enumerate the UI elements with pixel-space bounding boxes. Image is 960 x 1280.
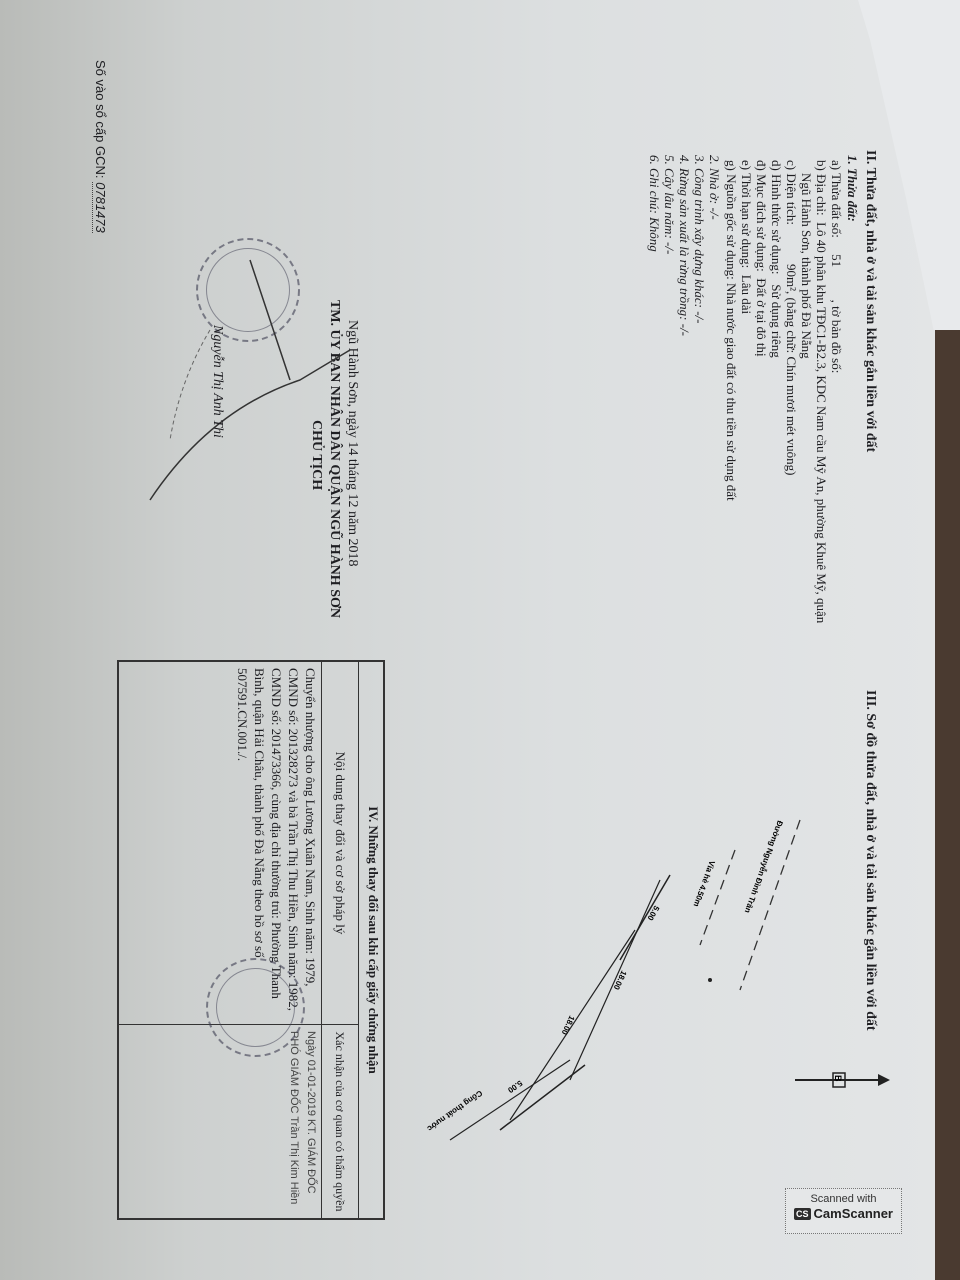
signer-name: Nguyễn Thị Anh Thi xyxy=(209,325,225,438)
land-line: b) Địa chỉ: Lô 40 phân khu TĐC1-B2.3, KD… xyxy=(814,160,829,623)
north-arrow-icon: B xyxy=(790,1060,890,1100)
land-line: a) Thửa đất số: 51 , tờ bản đồ số: xyxy=(829,160,844,623)
land-line: e) Thời hạn sử dụng: Lâu dài xyxy=(739,160,754,623)
side-a-dimension: 18.00 xyxy=(611,969,628,991)
section4-title: IV. Những thay đổi sau khi cấp giấy chứn… xyxy=(359,661,385,1219)
register-label: Số vào sổ cấp GCN: xyxy=(93,60,108,182)
col-confirm-header: Xác nhận của cơ quan có thẩm quyền xyxy=(322,1025,359,1220)
watermark-brand: CamScanner xyxy=(814,1206,893,1221)
camscanner-logo-icon: CS xyxy=(794,1208,811,1220)
section2-subtitle: 1. Thửa đất: xyxy=(845,155,860,222)
side-b-dimension: 18.00 xyxy=(559,1014,576,1036)
asset-line: 3. Công trình xây dựng khác: -/- xyxy=(692,155,707,336)
land-line: d) Hình thức sử dụng: Sử dụng riêng xyxy=(769,160,784,623)
register-value: 0781473 xyxy=(92,182,108,233)
sidewalk-label: Vỉa hè 4.50m xyxy=(692,859,717,908)
drain-label: Cống thoát nước xyxy=(425,1088,484,1133)
confirmation-stamp xyxy=(206,958,305,1057)
land-details: a) Thửa đất số: 51 , tờ bản đồ số: b) Đị… xyxy=(724,160,844,623)
section2-title: II. Thửa đất, nhà ở và tài sản khác gắn … xyxy=(862,150,878,452)
other-assets: 2. Nhà ở: -/- 3. Công trình xây dựng khá… xyxy=(647,155,722,336)
land-line: Ngũ Hành Sơn, thành phố Đà Nẵng xyxy=(799,160,814,623)
asset-line: 6. Ghi chú: Không xyxy=(647,155,662,336)
col-content-header: Nội dung thay đổi và cơ sở pháp lý xyxy=(322,661,359,1025)
changes-table: IV. Những thay đổi sau khi cấp giấy chứn… xyxy=(117,660,385,1220)
land-line: g) Nguồn gốc sử dụng: Nhà nước giao đất … xyxy=(724,160,739,623)
watermark-line1: Scanned with xyxy=(786,1193,901,1205)
asset-line: 4. Rừng sản xuất là rừng trồng: -/- xyxy=(677,155,692,336)
signature-scribble xyxy=(140,240,360,540)
parcel-diagram: Đường Nguyễn Đình Trân Vỉa hè 4.50m 5.00… xyxy=(410,680,860,1200)
change-content: Chuyển nhượng cho ông Lương Xuân Nam, Si… xyxy=(118,661,322,1025)
change-confirmation: Ngày 01-01-2019 KT. GIÁM ĐỐC PHÓ GIÁM ĐỐ… xyxy=(118,1025,322,1220)
section3-title: III. Sơ đồ thửa đất, nhà ở và tài sản kh… xyxy=(862,690,878,1031)
land-line: c) Diện tích: 90m², (bằng chữ: Chín mươi… xyxy=(784,160,799,623)
register-number: Số vào sổ cấp GCN: 0781473 xyxy=(93,60,108,233)
road-label: Đường Nguyễn Đình Trân xyxy=(743,819,785,914)
asset-line: 5. Cây lâu năm: -/- xyxy=(662,155,677,336)
land-line: đ) Mục đích sử dụng: Đất ở tại đô thị xyxy=(754,160,769,623)
asset-line: 2. Nhà ở: -/- xyxy=(707,155,722,336)
table-row: Chuyển nhượng cho ông Lương Xuân Nam, Si… xyxy=(118,661,322,1219)
camscanner-watermark: Scanned with CS CamScanner xyxy=(785,1188,902,1234)
watermark-line2: CS CamScanner xyxy=(786,1206,901,1221)
north-symbol: B xyxy=(833,1075,843,1082)
certificate-page: II. Thửa đất, nhà ở và tài sản khác gắn … xyxy=(0,0,960,1280)
